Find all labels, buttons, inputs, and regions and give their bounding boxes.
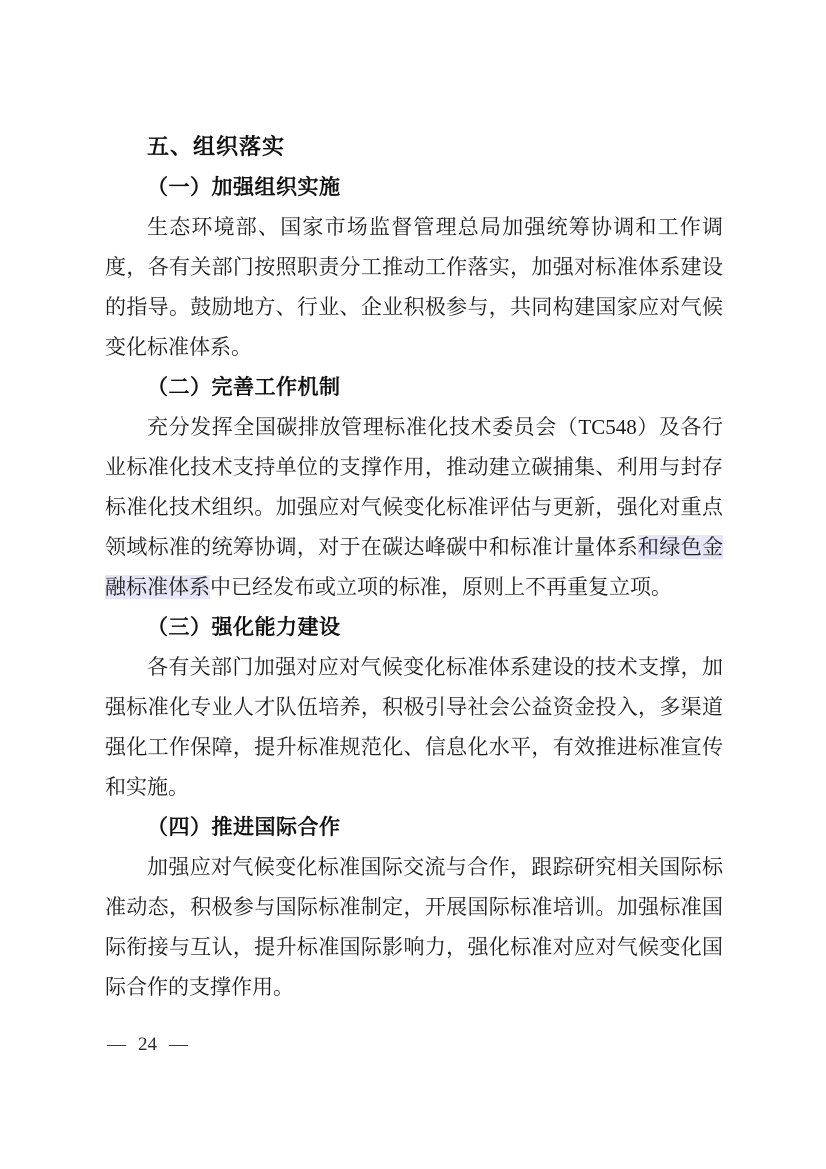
page-content: 五、组织落实 （一）加强组织实施 生态环境部、国家市场监督管理总局加强统筹协调和…: [105, 127, 723, 1007]
subsection-heading-1: （一）加强组织实施: [105, 167, 723, 207]
subsection-paragraph-4: 加强应对气候变化标准国际交流与合作，跟踪研究相关国际标准动态，积极参与国际标准制…: [105, 847, 723, 1007]
page-footer: —24—: [107, 1034, 188, 1056]
footer-dash-right: —: [169, 1034, 188, 1056]
paragraph-text-before-highlight: 充分发挥全国碳排放管理标准化技术委员会（TC548）及各行业标准化技术支持单位的…: [105, 415, 723, 559]
subsection-paragraph-1: 生态环境部、国家市场监督管理总局加强统筹协调和工作调度，各有关部门按照职责分工推…: [105, 207, 723, 367]
subsection-paragraph-3: 各有关部门加强对应对气候变化标准体系建设的技术支撑，加强标准化专业人才队伍培养，…: [105, 647, 723, 807]
footer-dash-left: —: [107, 1034, 126, 1056]
paragraph-text-after-highlight: 中已经发布或立项的标准，原则上不再重复立项。: [210, 575, 672, 599]
subsection-heading-3: （三）强化能力建设: [105, 607, 723, 647]
chapter-heading: 五、组织落实: [105, 127, 723, 167]
document-page: 五、组织落实 （一）加强组织实施 生态环境部、国家市场监督管理总局加强统筹协调和…: [0, 0, 826, 1169]
footer-page-number: 24: [138, 1034, 157, 1056]
subsection-heading-4: （四）推进国际合作: [105, 807, 723, 847]
subsection-heading-2: （二）完善工作机制: [105, 367, 723, 407]
subsection-paragraph-2: 充分发挥全国碳排放管理标准化技术委员会（TC548）及各行业标准化技术支持单位的…: [105, 407, 723, 607]
